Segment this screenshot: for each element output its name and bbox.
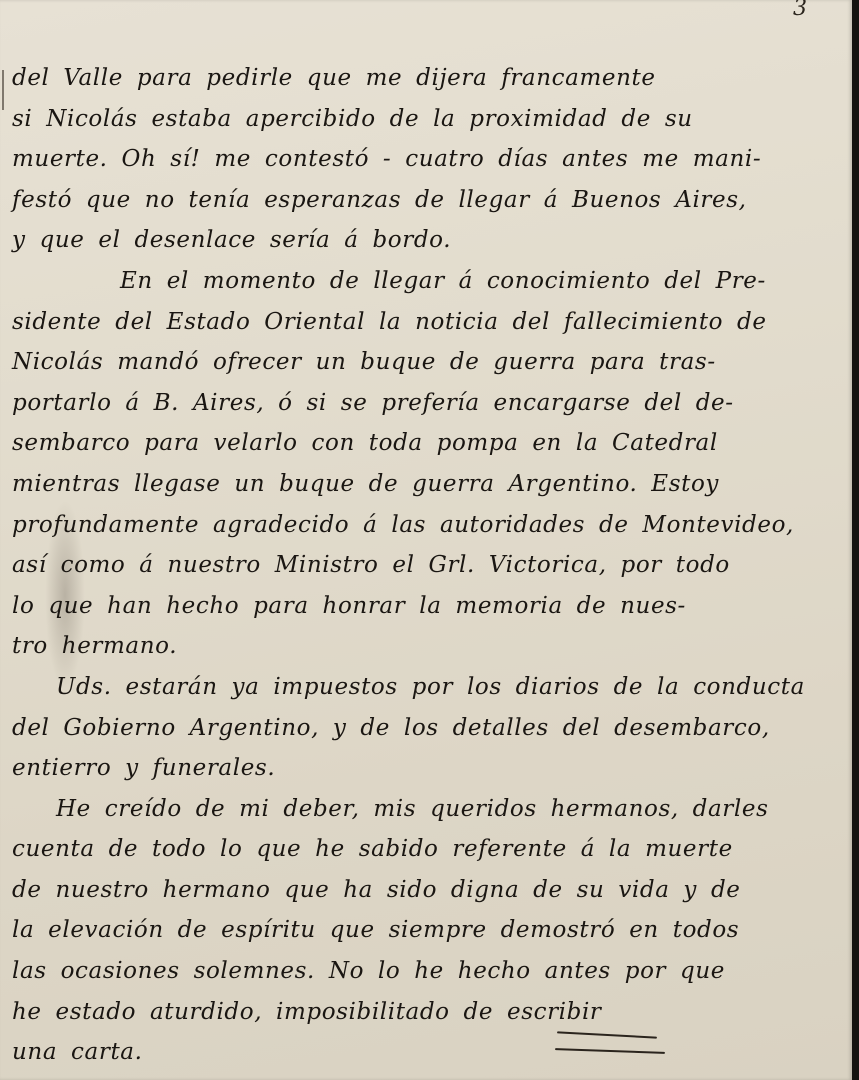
text-line: Nicolás mandó ofrecer un buque de guerra…	[12, 342, 842, 383]
closing-flourish	[555, 1030, 670, 1060]
text-line: entierro y funerales.	[12, 748, 842, 789]
text-line: sidente del Estado Oriental la noticia d…	[12, 302, 842, 343]
text-line: sembarco para velarlo con toda pompa en …	[12, 423, 842, 464]
text-line: profundamente agradecido á las autoridad…	[12, 505, 842, 546]
text-line: he estado aturdido, imposibilitado de es…	[12, 992, 842, 1033]
text-line: lo que han hecho para honrar la memoria …	[12, 586, 842, 627]
paragraph-start-line: He creído de mi deber, mis queridos herm…	[12, 789, 842, 830]
text-line: cuenta de todo lo que he sabido referent…	[12, 829, 842, 870]
text-line: muerte. Oh sí! me contestó - cuatro días…	[12, 139, 842, 180]
text-line: y que el desenlace sería á bordo.	[12, 220, 842, 261]
text-line: de nuestro hermano que ha sido digna de …	[12, 870, 842, 911]
text-line: tro hermano.	[12, 626, 842, 667]
page-edge	[852, 0, 859, 1080]
page-number: 3	[793, 0, 807, 21]
text-line: las ocasiones solemnes. No lo he hecho a…	[12, 951, 842, 992]
text-line: del Valle para pedirle que me dijera fra…	[12, 58, 842, 99]
text-line: la elevación de espíritu que siempre dem…	[12, 910, 842, 951]
margin-mark	[2, 70, 4, 110]
text-line: del Gobierno Argentino, y de los detalle…	[12, 708, 842, 749]
handwritten-text-body: del Valle para pedirle que me dijera fra…	[12, 58, 842, 1073]
paragraph-start-line: Uds. estarán ya impuestos por los diario…	[12, 667, 842, 708]
text-line: si Nicolás estaba apercibido de la proxi…	[12, 99, 842, 140]
text-line: portarlo á B. Aires, ó si se prefería en…	[12, 383, 842, 424]
text-line: mientras llegase un buque de guerra Arge…	[12, 464, 842, 505]
text-line: así como á nuestro Ministro el Grl. Vict…	[12, 545, 842, 586]
letter-page: 3 del Valle para pedirle que me dijera f…	[0, 0, 852, 1080]
text-line: festó que no tenía esperanzas de llegar …	[12, 180, 842, 221]
paragraph-start-line: En el momento de llegar á conocimiento d…	[12, 261, 842, 302]
text-line: una carta.	[12, 1032, 842, 1073]
